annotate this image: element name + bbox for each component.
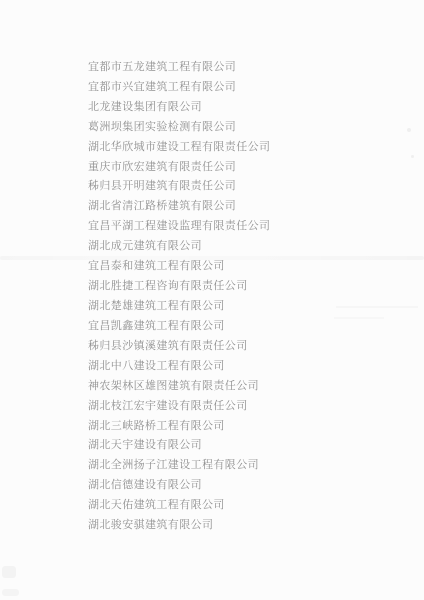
company-name-line: 宜昌泰和建筑工程有限公司 (88, 255, 270, 275)
company-name-line: 神农架林区雄图建筑有限责任公司 (88, 375, 270, 395)
company-name-line: 湖北枝江宏宇建设有限责任公司 (88, 395, 270, 415)
scan-artifact-speckle (411, 155, 414, 158)
company-name-line: 秭归县开明建筑有限责任公司 (88, 176, 270, 196)
company-name-line: 重庆市欣宏建筑有限责任公司 (88, 156, 270, 176)
company-name-line: 湖北中八建设工程有限公司 (88, 355, 270, 375)
company-name-line: 湖北省清江路桥建筑有限公司 (88, 195, 270, 215)
company-name-line: 宜都市五龙建筑工程有限公司 (88, 56, 270, 76)
company-name-line: 湖北胜捷工程咨询有限责任公司 (88, 275, 270, 295)
scan-artifact-line (336, 306, 418, 308)
company-name-line: 北龙建设集团有限公司 (88, 96, 270, 116)
company-name-line: 湖北天宇建设有限公司 (88, 435, 270, 455)
scanned-document-page: 宜都市五龙建筑工程有限公司宜都市兴宜建筑工程有限公司北龙建设集团有限公司葛洲坝集… (0, 0, 424, 600)
company-name-line: 湖北成元建筑有限公司 (88, 235, 270, 255)
company-name-line: 宜都市兴宜建筑工程有限公司 (88, 76, 270, 96)
company-name-line: 秭归县沙镇溪建筑有限责任公司 (88, 335, 270, 355)
company-list: 宜都市五龙建筑工程有限公司宜都市兴宜建筑工程有限公司北龙建设集团有限公司葛洲坝集… (88, 56, 270, 534)
company-name-line: 湖北楚雄建筑工程有限公司 (88, 295, 270, 315)
scan-artifact-speckle (407, 128, 411, 132)
scan-artifact-smudge (2, 589, 19, 596)
company-name-line: 湖北三峡路桥工程有限公司 (88, 415, 270, 435)
company-name-line: 湖北全洲扬子江建设工程有限公司 (88, 454, 270, 474)
company-name-line: 葛洲坝集团实验检测有限公司 (88, 116, 270, 136)
company-name-line: 湖北天佑建筑工程有限公司 (88, 494, 270, 514)
company-name-line: 宜昌凯鑫建筑工程有限公司 (88, 315, 270, 335)
company-name-line: 湖北信德建设有限公司 (88, 474, 270, 494)
company-name-line: 湖北华欣城市建设工程有限责任公司 (88, 136, 270, 156)
scan-artifact-smudge (2, 566, 16, 578)
company-name-line: 宜昌平湖工程建设监理有限责任公司 (88, 215, 270, 235)
scan-artifact-line (334, 317, 384, 319)
company-name-line: 湖北骏安骐建筑有限公司 (88, 514, 270, 534)
